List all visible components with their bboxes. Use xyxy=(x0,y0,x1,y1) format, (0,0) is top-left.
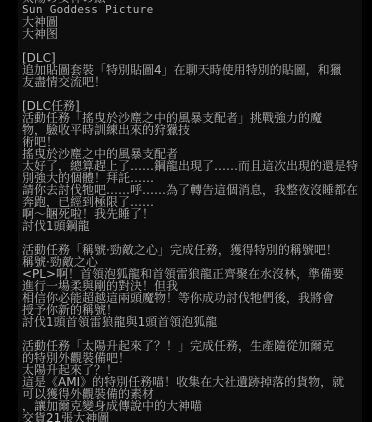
text-line-item-name-zht: 大神圖 xyxy=(18,16,362,28)
text-line: 友盡情交流吧！ xyxy=(18,76,362,88)
text-page: 太陽の女神の絵 Sun Goddess Picture 大神圖 大神图 [DLC… xyxy=(18,0,362,422)
blank-line xyxy=(18,40,362,52)
text-line-item-name-zhs: 大神图 xyxy=(18,28,362,40)
text-line-quest-objective: 討伐1頭鋼龍 xyxy=(18,220,362,232)
text-line-item-name-en: Sun Goddess Picture xyxy=(18,4,362,16)
screen: 太陽の女神の絵 Sun Goddess Picture 大神圖 大神图 [DLC… xyxy=(0,0,372,422)
text-line-quest-objective: 交貨21張大神圖 xyxy=(18,412,362,422)
text-line: 物，驗收平時訓練出來的狩獵技 xyxy=(18,124,362,136)
text-line-quest-objective: 討伐1頭首領雷狼龍與1頭首領泡狐龍 xyxy=(18,316,362,328)
